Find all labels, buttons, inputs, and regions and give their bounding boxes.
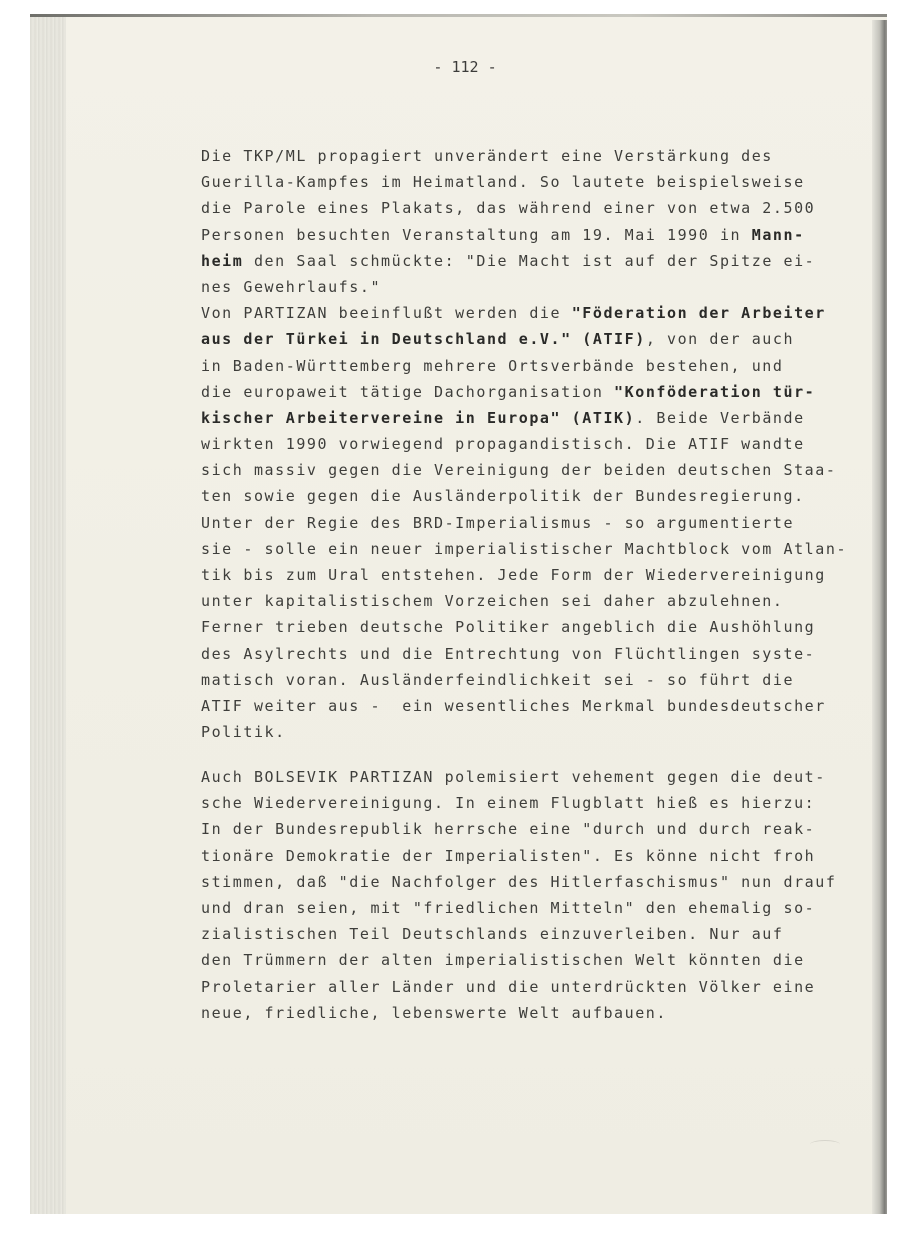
- paragraph-2: Auch BOLSEVIK PARTIZAN polemisiert vehem…: [201, 764, 861, 1026]
- text-line: kischer Arbeitervereine in Europa" (ATIK…: [201, 405, 861, 431]
- text-run: , von der auch: [646, 330, 794, 348]
- text-line: In der Bundesrepublik herrsche eine "dur…: [201, 816, 861, 842]
- text-line: nes Gewehrlaufs.": [201, 274, 861, 300]
- text-run: des Asylrechts und die Entrechtung von F…: [201, 645, 815, 663]
- text-run: zialistischen Teil Deutschlands einzuver…: [201, 925, 784, 943]
- text-run: wirkten 1990 vorwiegend propagandistisch…: [201, 435, 805, 453]
- paper-mark: [810, 1140, 840, 1149]
- text-run: Guerilla-Kampfes im Heimatland. So laute…: [201, 173, 805, 191]
- text-line: die Parole eines Plakats, das während ei…: [201, 195, 861, 221]
- bold-text: "Föderation der Arbeiter: [572, 304, 826, 322]
- text-run: die Parole eines Plakats, das während ei…: [201, 199, 815, 217]
- text-run: neue, friedliche, lebenswerte Welt aufba…: [201, 1004, 667, 1022]
- text-line: tionäre Demokratie der Imperialisten". E…: [201, 843, 861, 869]
- text-line: ATIF weiter aus - ein wesentliches Merkm…: [201, 693, 861, 719]
- text-line: den Trümmern der alten imperialistischen…: [201, 947, 861, 973]
- text-run: und dran seien, mit "friedlichen Mitteln…: [201, 899, 815, 917]
- text-run: stimmen, daß "die Nachfolger des Hitlerf…: [201, 873, 836, 891]
- text-line: Personen besuchten Veranstaltung am 19. …: [201, 222, 861, 248]
- bold-text: kischer Arbeitervereine in Europa" (ATIK…: [201, 409, 635, 427]
- text-run: Proletarier aller Länder und die unterdr…: [201, 978, 815, 996]
- text-line: Von PARTIZAN beeinflußt werden die "Föde…: [201, 300, 861, 326]
- page-right-edge: [872, 20, 887, 1214]
- page-binding-edge: [30, 14, 66, 1214]
- text-run: Unter der Regie des BRD-Imperialismus - …: [201, 514, 794, 532]
- text-run: In der Bundesrepublik herrsche eine "dur…: [201, 820, 815, 838]
- text-run: matisch voran. Ausländerfeindlichkeit se…: [201, 671, 794, 689]
- text-run: ten sowie gegen die Ausländerpolitik der…: [201, 487, 805, 505]
- text-run: die europaweit tätige Dachorganisation: [201, 383, 614, 401]
- text-line: sie - solle ein neuer imperialistischer …: [201, 536, 861, 562]
- text-line: Ferner trieben deutsche Politiker angebl…: [201, 614, 861, 640]
- text-line: Guerilla-Kampfes im Heimatland. So laute…: [201, 169, 861, 195]
- text-run: Personen besuchten Veranstaltung am 19. …: [201, 226, 752, 244]
- text-line: Unter der Regie des BRD-Imperialismus - …: [201, 510, 861, 536]
- text-run: ATIF weiter aus - ein wesentliches Merkm…: [201, 697, 826, 715]
- text-run: in Baden-Württemberg mehrere Ortsverbänd…: [201, 357, 784, 375]
- text-run: Die TKP/ML propagiert unverändert eine V…: [201, 147, 773, 165]
- text-line: Auch BOLSEVIK PARTIZAN polemisiert vehem…: [201, 764, 861, 790]
- text-run: den Trümmern der alten imperialistischen…: [201, 951, 805, 969]
- bold-text: "Konföderation tür-: [614, 383, 815, 401]
- text-line: aus der Türkei in Deutschland e.V." (ATI…: [201, 326, 861, 352]
- text-line: Proletarier aller Länder und die unterdr…: [201, 974, 861, 1000]
- page-top-edge: [30, 14, 887, 17]
- text-run: sie - solle ein neuer imperialistischer …: [201, 540, 847, 558]
- text-line: sche Wiedervereinigung. In einem Flugbla…: [201, 790, 861, 816]
- text-line: wirkten 1990 vorwiegend propagandistisch…: [201, 431, 861, 457]
- text-line: unter kapitalistischem Vorzeichen sei da…: [201, 588, 861, 614]
- text-line: die europaweit tätige Dachorganisation "…: [201, 379, 861, 405]
- text-run: sche Wiedervereinigung. In einem Flugbla…: [201, 794, 815, 812]
- bold-text: Mann-: [752, 226, 805, 244]
- text-line: zialistischen Teil Deutschlands einzuver…: [201, 921, 861, 947]
- text-line: Politik.: [201, 719, 861, 745]
- text-line: ten sowie gegen die Ausländerpolitik der…: [201, 483, 861, 509]
- text-run: Politik.: [201, 723, 286, 741]
- text-line: sich massiv gegen die Vereinigung der be…: [201, 457, 861, 483]
- text-line: des Asylrechts und die Entrechtung von F…: [201, 641, 861, 667]
- text-run: tionäre Demokratie der Imperialisten". E…: [201, 847, 815, 865]
- text-run: den Saal schmückte: "Die Macht ist auf d…: [243, 252, 815, 270]
- bold-text: aus der Türkei in Deutschland e.V." (ATI…: [201, 330, 646, 348]
- text-run: Auch BOLSEVIK PARTIZAN polemisiert vehem…: [201, 768, 826, 786]
- text-line: tik bis zum Ural entstehen. Jede Form de…: [201, 562, 861, 588]
- text-line: Die TKP/ML propagiert unverändert eine V…: [201, 143, 861, 169]
- text-run: sich massiv gegen die Vereinigung der be…: [201, 461, 836, 479]
- text-run: tik bis zum Ural entstehen. Jede Form de…: [201, 566, 826, 584]
- text-run: Von PARTIZAN beeinflußt werden die: [201, 304, 572, 322]
- text-line: heim den Saal schmückte: "Die Macht ist …: [201, 248, 861, 274]
- text-run: Ferner trieben deutsche Politiker angebl…: [201, 618, 815, 636]
- text-run: nes Gewehrlaufs.": [201, 278, 381, 296]
- bold-text: heim: [201, 252, 243, 270]
- text-line: matisch voran. Ausländerfeindlichkeit se…: [201, 667, 861, 693]
- text-run: . Beide Verbände: [635, 409, 804, 427]
- text-line: und dran seien, mit "friedlichen Mitteln…: [201, 895, 861, 921]
- page-number: - 112 -: [0, 58, 900, 76]
- text-line: neue, friedliche, lebenswerte Welt aufba…: [201, 1000, 861, 1026]
- text-line: stimmen, daß "die Nachfolger des Hitlerf…: [201, 869, 861, 895]
- paragraph-1: Die TKP/ML propagiert unverändert eine V…: [201, 143, 861, 745]
- text-run: unter kapitalistischem Vorzeichen sei da…: [201, 592, 784, 610]
- text-line: in Baden-Württemberg mehrere Ortsverbänd…: [201, 353, 861, 379]
